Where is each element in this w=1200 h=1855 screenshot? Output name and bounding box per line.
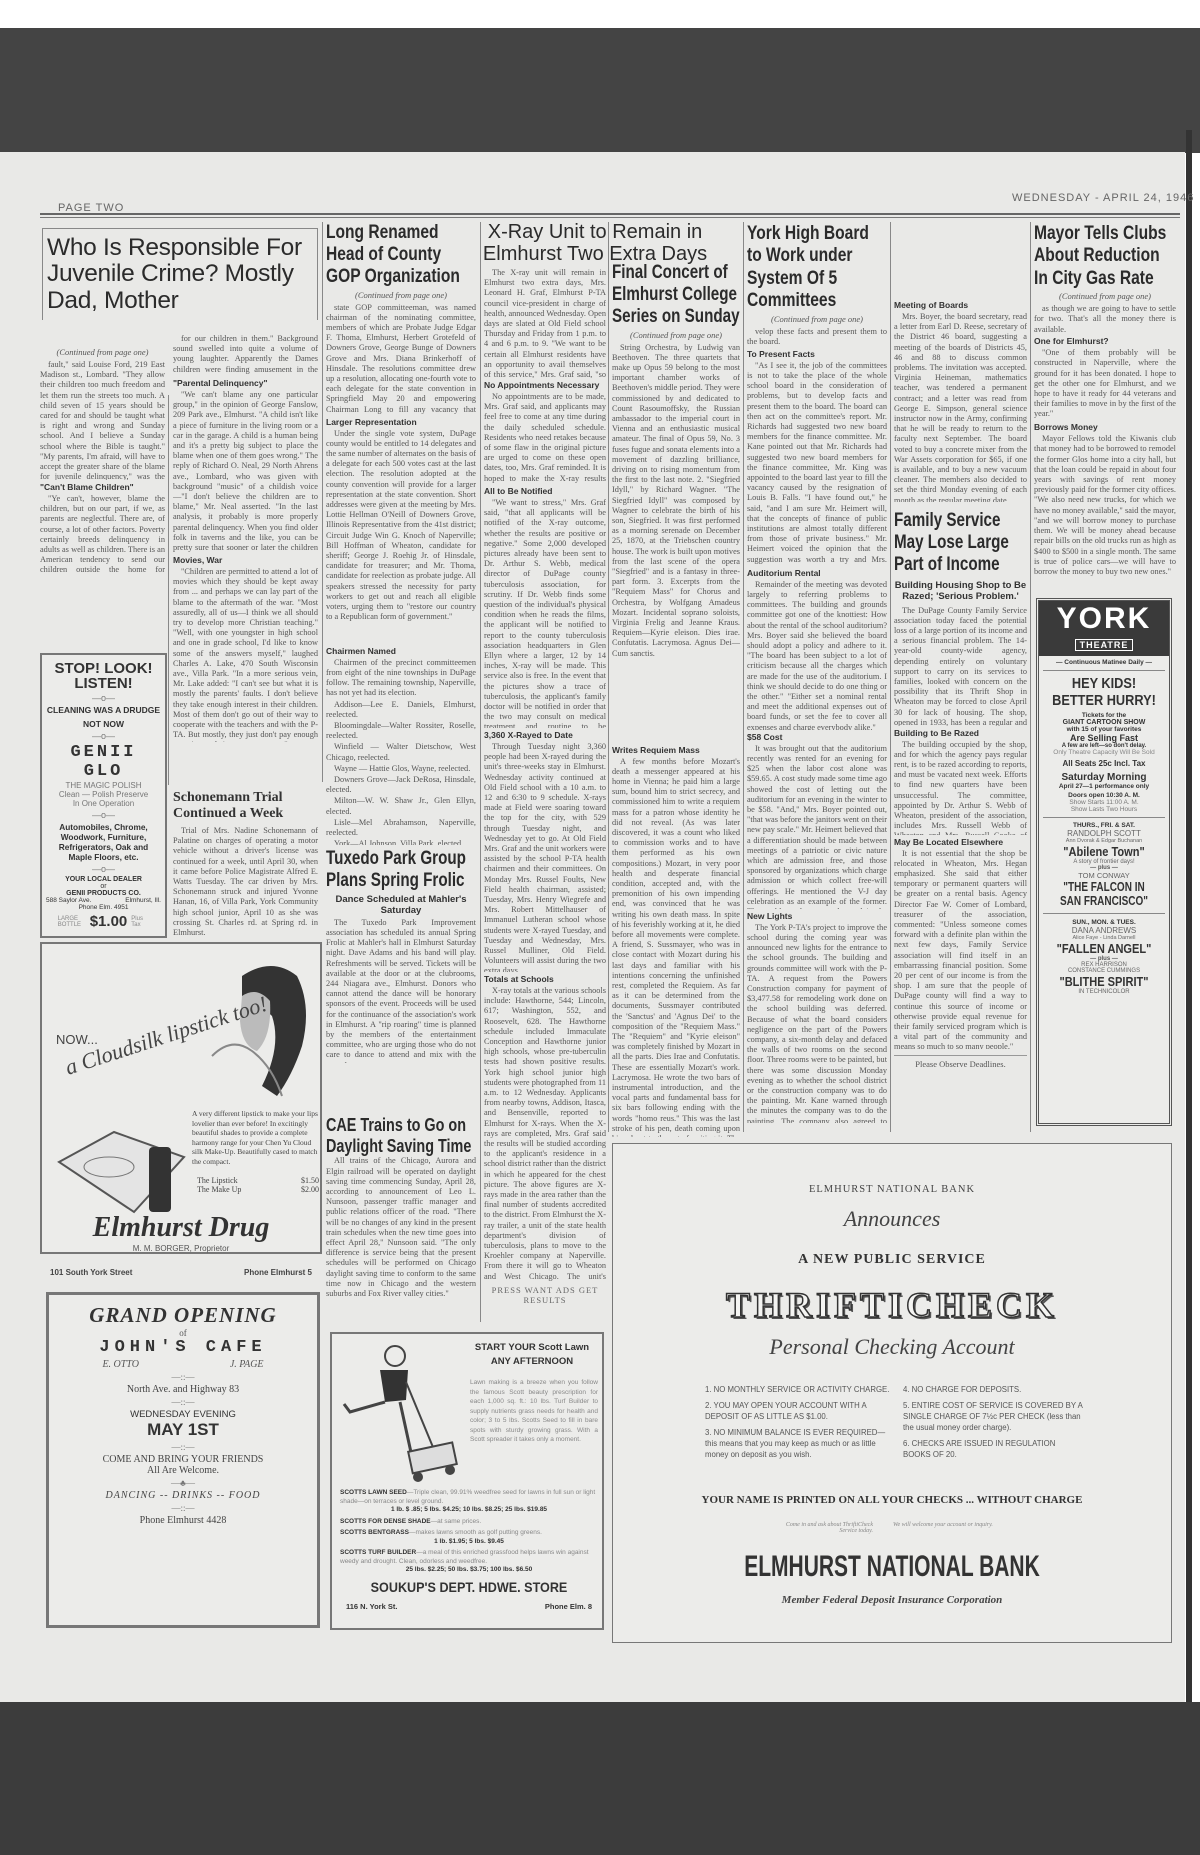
article-body: Through Tuesday night 3,360 people had b… — [484, 742, 606, 972]
article-body: X-ray totals at the various schools incl… — [484, 986, 606, 1281]
headline: X-Ray Unit to Remain in Elmhurst Two Ext… — [470, 222, 720, 265]
product-item: SCOTTS FOR DENSE SHADE—at same prices. — [340, 1518, 598, 1527]
article-body: The X-ray unit will remain in Elmhurst t… — [484, 268, 606, 378]
subhead: "Can't Blame Children" — [40, 482, 165, 492]
article-body: as though we are going to have to settle… — [1034, 304, 1176, 334]
article-body: The York P-TA's project to improve the s… — [747, 923, 887, 1123]
article-york-board-cont: Meeting of Boards Mrs. Boyer, the board … — [894, 222, 1027, 502]
township-entry: Addison—Lee E. Daniels, Elmhurst, reelec… — [326, 700, 476, 720]
township-list: Addison—Lee E. Daniels, Elmhurst, reelec… — [326, 700, 476, 845]
price-list: The Lipstick$1.50 The Make Up$2.00 — [197, 1176, 319, 1194]
headline: Long Renamed Head of County GOP Organiza… — [326, 222, 474, 288]
headline: Mayor Tells Clubs About Reduction In Cit… — [1034, 222, 1176, 289]
continued-note: (Continued from page one) — [326, 290, 476, 300]
man-mower-illustration — [340, 1342, 460, 1487]
headline: Tuxedo Park Group Plans Spring Frolic — [326, 848, 478, 892]
cafe-name: JOHN'S CAFE — [57, 1338, 309, 1357]
article-family-service: Family Service May Lose Large Part of In… — [894, 510, 1027, 1069]
scan-border-bottom — [0, 1702, 1200, 1855]
bank-features-left: 1. NO MONTHLY SERVICE OR ACTIVITY CHARGE… — [705, 1384, 895, 1465]
deadline-notice: Please Observe Deadlines. — [894, 1055, 1027, 1069]
movie-title: "Abilene Town" — [1052, 844, 1156, 859]
subhead: Auditorium Rental — [747, 568, 887, 578]
article-juvenile-col2: for our children in them." Background so… — [173, 334, 318, 742]
article-body: for our children in them." Background so… — [173, 334, 318, 376]
article-body: Mrs. Boyer, the board secretary, read a … — [894, 312, 1027, 502]
article-body: "Ye can't, however, blame the children, … — [40, 494, 165, 574]
subhead: Chairmen Named — [326, 646, 476, 656]
ad-scott-lawn: START YOUR Scott Lawn ANY AFTERNOON Lawn… — [330, 1332, 604, 1630]
subhead: Borrows Money — [1034, 422, 1176, 432]
headline: York High Board to Work under System Of … — [747, 222, 887, 312]
bank-features-right: 4. NO CHARGE FOR DEPOSITS.5. ENTIRE COST… — [903, 1384, 1083, 1465]
continued-note: (Continued from page one) — [747, 314, 887, 324]
ad-genii-glo: STOP! LOOK! LISTEN! —o— CLEANING WAS A D… — [40, 653, 167, 938]
subhead: Larger Representation — [326, 417, 476, 427]
subhead: Writes Requiem Mass — [612, 745, 740, 755]
article-body: It is not essential that the shop be rel… — [894, 849, 1027, 1049]
ad-johns-cafe: GRAND OPENING of JOHN'S CAFE E. OTTOJ. P… — [46, 1292, 320, 1628]
township-entry: Milton—W. W. Shaw Jr., Glen Ellyn, elect… — [326, 796, 476, 816]
township-entry: Downers Grove—Jack DeRosa, Hinsdale, ele… — [326, 775, 476, 795]
subhead: Meeting of Boards — [894, 300, 1027, 310]
article-body: "We can't blame any one particular group… — [173, 390, 318, 553]
continued-note: (Continued from page one) — [1034, 291, 1176, 301]
bank-feature: 4. NO CHARGE FOR DEPOSITS. — [903, 1384, 1083, 1395]
column-rule — [322, 222, 323, 782]
column-rule — [1030, 222, 1031, 1132]
issue-date: WEDNESDAY - APRIL 24, 1946 — [1012, 192, 1194, 204]
drug-footer: 101 South York StreetPhone Elmhurst 5 — [50, 1268, 312, 1277]
theatre-logo: YORK THEATRE — [1039, 601, 1169, 656]
script-announces: Announces — [613, 1206, 1171, 1232]
continued-note: (Continued from page one) — [612, 330, 740, 340]
scan-edge-right — [1186, 130, 1192, 1705]
bank-feature: 1. NO MONTHLY SERVICE OR ACTIVITY CHARGE… — [705, 1384, 895, 1395]
township-entry: Winfield — Walter Dietschow, West Chicag… — [326, 742, 476, 762]
bank-logo: ELMHURST NATIONAL BANK — [697, 1550, 1088, 1584]
headline: CAE Trains to Go on Daylight Saving Time — [326, 1115, 478, 1156]
article-xray-headline: X-Ray Unit to Remain in Elmhurst Two Ext… — [470, 222, 740, 265]
subhead: 3,360 X-Rayed to Date — [484, 730, 606, 740]
masthead-rule — [40, 213, 1180, 215]
bank-feature: 5. ENTIRE COST OF SERVICE IS COVERED BY … — [903, 1400, 1083, 1433]
article-body: Trial of Mrs. Nadine Schonemann of Palat… — [173, 826, 318, 936]
article-body: No appointments are to be made, Mrs. Gra… — [484, 392, 606, 484]
article-mayor: Mayor Tells Clubs About Reduction In Cit… — [1034, 222, 1176, 589]
article-body: "One of them probably will be constructe… — [1034, 348, 1176, 420]
article-body: The Tuxedo Park Improvement association … — [326, 918, 476, 1063]
article-york-board: York High Board to Work under System Of … — [747, 222, 887, 1123]
ad-elmhurst-drug: NOW... a Cloudsilk lipstick too! A very … — [40, 942, 322, 1254]
subhead: New Lights — [747, 911, 887, 921]
article-body: velop these facts and present them to th… — [747, 327, 887, 347]
article-concert: Final Concert of Elmhurst College Series… — [612, 262, 740, 1137]
article-body: The DuPage County Family Service associa… — [894, 606, 1027, 726]
article-cae-trains: CAE Trains to Go on Daylight Saving Time… — [326, 1115, 476, 1356]
ad-copy: A very different lipstick to make your l… — [192, 1109, 320, 1166]
ad-headline: GRAND OPENING — [57, 1303, 309, 1328]
headline: Schonemann Trial Continued a Week — [173, 790, 318, 822]
subhead: $58 Cost — [747, 732, 887, 742]
subhead: All to Be Notified — [484, 486, 606, 496]
theatre-headline: HEY KIDS! — [1052, 675, 1156, 692]
subhead: One for Elmhurst? — [1034, 336, 1176, 346]
product-name: THRIFTICHECK — [613, 1284, 1171, 1326]
subhead: To Present Facts — [747, 349, 887, 359]
store-name: SOUKUP'S DEPT. HDWE. STORE — [346, 1579, 593, 1595]
deck: Dance Scheduled at Mahler's Saturday — [326, 894, 476, 916]
article-body: A few months before Mozart's death a mes… — [612, 757, 740, 1137]
store-name: Elmhurst Drug — [42, 1212, 320, 1244]
ad-york-theatre: YORK THEATRE — Continuous Matinee Daily … — [1036, 598, 1172, 1126]
ad-elmhurst-national-bank: ELMHURST NATIONAL BANK Announces A NEW P… — [612, 1143, 1172, 1485]
subhead: May Be Located Elsewhere — [894, 837, 1027, 847]
subhead: No Appointments Necessary — [484, 380, 606, 390]
masthead-rule-thin — [40, 217, 1180, 218]
brand-name: GENII GLO — [46, 743, 161, 781]
column-rule — [608, 222, 609, 1132]
article-gop: Long Renamed Head of County GOP Organiza… — [326, 222, 476, 845]
subhead: Totals at Schools — [484, 974, 606, 984]
column-rule — [743, 222, 744, 1132]
article-body: All trains of the Chicago, Aurora and El… — [326, 1156, 476, 1356]
product-item: SCOTTS TURF BUILDER—a meal of this enric… — [340, 1549, 598, 1575]
movie-title: "FALLEN ANGEL" — [1052, 941, 1156, 956]
article-body: Remainder of the meeting was devoted lar… — [747, 580, 887, 730]
article-body: Chairmen of the precinct committeemen fr… — [326, 658, 476, 700]
movie-title: "BLITHE SPIRIT" — [1052, 974, 1156, 989]
article-xray: The X-ray unit will remain in Elmhurst t… — [484, 268, 606, 1305]
township-entry: York—Al Johnson, Villa Park, elected. — [326, 839, 476, 844]
press-want-ads: PRESS WANT ADS GET RESULTS — [484, 1285, 606, 1305]
article-body: Mayor Fellows told the Kiwanis club that… — [1034, 434, 1176, 589]
article-body: "As I see it, the job of the committees … — [747, 361, 887, 566]
article-body: state GOP committeeman, was named chairm… — [326, 303, 476, 415]
article-body: "Children are permitted to attend a lot … — [173, 567, 318, 742]
bank-feature: 2. YOU MAY OPEN YOUR ACCOUNT WITH A DEPO… — [705, 1400, 895, 1422]
bank-feature: 6. CHECKS ARE ISSUED IN REGULATION BOOKS… — [903, 1438, 1083, 1460]
continued-note: (Continued from page one) — [40, 347, 165, 357]
article-body: "We want to stress," Mrs. Graf said, "th… — [484, 498, 606, 728]
deck: Building Housing Shop to Be Razed; 'Seri… — [894, 580, 1027, 602]
township-entry: Wayne — Hattie Glos, Wayne, reelected. — [326, 764, 476, 774]
product-item: SCOTTS BENTGRASS—makes lawns smooth as g… — [340, 1529, 598, 1546]
township-entry: Lisle—Mel Abrahamson, Naperville, reelec… — [326, 818, 476, 838]
article-tuxedo-park: Tuxedo Park Group Plans Spring Frolic Da… — [326, 848, 476, 1063]
headline: Who Is Responsible For Juvenile Crime? M… — [47, 235, 313, 314]
ad-elmhurst-national-bank-lower: YOUR NAME IS PRINTED ON ALL YOUR CHECKS … — [612, 1482, 1172, 1643]
column-rule — [480, 222, 481, 1322]
ad-headline: STOP! LOOK! LISTEN! — [46, 661, 161, 691]
compact-lipstick-illustration — [54, 1122, 199, 1222]
article-juvenile-col1: (Continued from page one) fault," said L… — [40, 345, 165, 574]
article-body: Under the single vote system, DuPage cou… — [326, 429, 476, 644]
subhead: Building to Be Razed — [894, 728, 1027, 738]
article-juvenile-crime: Who Is Responsible For Juvenile Crime? M… — [42, 228, 318, 320]
price: $1.00 — [90, 913, 128, 930]
township-entry: Bloomingdale—Walter Rossiter, Roselle, r… — [326, 721, 476, 741]
article-body: It was brought out that the auditorium r… — [747, 744, 887, 909]
article-body: fault," said Louise Ford, 219 East Madis… — [40, 360, 165, 480]
article-body: String Orchestra, by Ludwig van Beethove… — [612, 343, 740, 743]
headline: Final Concert of Elmhurst College Series… — [612, 262, 740, 328]
column-rule — [168, 395, 169, 785]
bank-feature: 3. NO MINIMUM BALANCE IS EVER REQUIRED—t… — [705, 1427, 895, 1460]
movie-title: "THE FALCON IN SAN FRANCISCO" — [1055, 880, 1153, 908]
product-item: SCOTTS LAWN SEED—Triple clean, 99.91% we… — [340, 1489, 598, 1515]
event-date: MAY 1ST — [57, 1420, 309, 1440]
column-rule — [890, 222, 891, 1132]
article-schonemann: Schonemann Trial Continued a Week Trial … — [173, 790, 318, 936]
headline: Family Service May Lose Large Part of In… — [894, 510, 1027, 576]
subhead: Movies, War — [173, 555, 318, 565]
subhead: "Parental Delinquency" — [173, 378, 318, 388]
article-body: The building occupied by the shop, and f… — [894, 740, 1027, 835]
product-list: SCOTTS LAWN SEED—Triple clean, 99.91% we… — [340, 1489, 598, 1578]
scan-border-top — [0, 28, 1200, 153]
